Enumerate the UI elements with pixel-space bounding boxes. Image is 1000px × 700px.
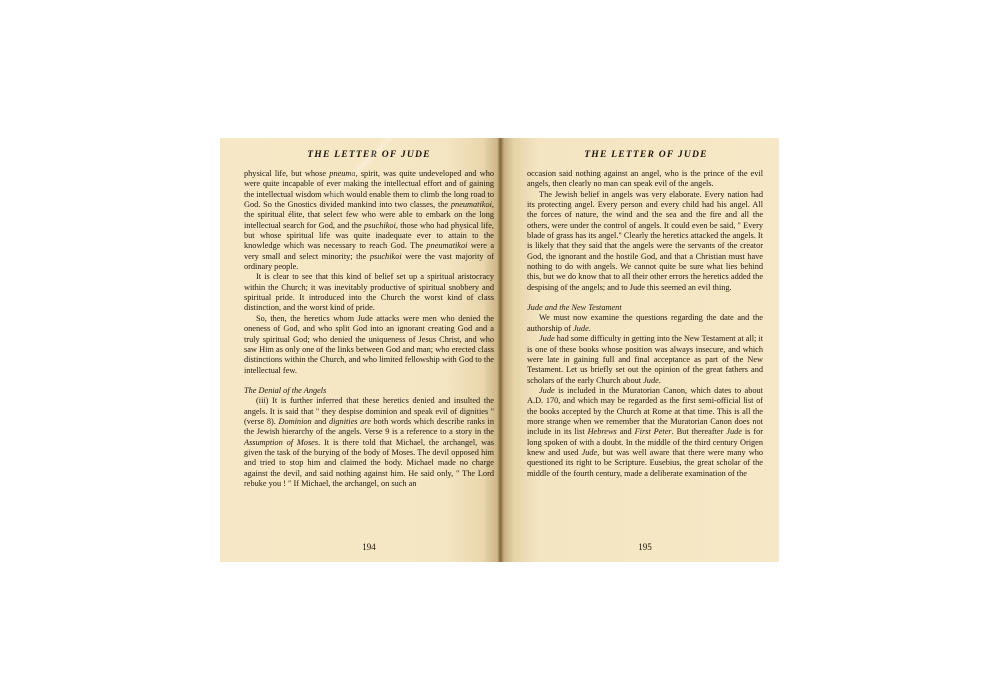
right-page-body: occasion said nothing against an angel, … (527, 169, 763, 479)
page-number: 195 (527, 542, 763, 552)
running-head-left: THE LETTER OF JUDE (244, 149, 494, 163)
paragraph: (iii) It is further inferred that these … (244, 396, 494, 489)
paragraph: Jude is included in the Muratorian Canon… (527, 386, 763, 479)
paragraph: So, then, the heretics whom Jude attacks… (244, 314, 494, 376)
section-heading: The Denial of the Angels (244, 386, 494, 396)
paragraph: Jude had some difficulty in getting into… (527, 334, 763, 386)
paragraph: physical life, but whose pneuma, spirit,… (244, 169, 494, 272)
paragraph: The Jewish belief in angels was very ela… (527, 190, 763, 293)
paragraph: We must now examine the questions regard… (527, 313, 763, 334)
right-page: THE LETTER OF JUDE occasion said nothing… (500, 138, 779, 562)
book-spread: THE LETTER OF JUDE physical life, but wh… (220, 138, 779, 562)
left-page-body: physical life, but whose pneuma, spirit,… (244, 169, 494, 489)
paragraph: It is clear to see that this kind of bel… (244, 272, 494, 313)
left-page: THE LETTER OF JUDE physical life, but wh… (220, 138, 500, 562)
running-head-right: THE LETTER OF JUDE (527, 149, 765, 163)
page-number: 194 (244, 542, 494, 552)
paragraph: occasion said nothing against an angel, … (527, 169, 763, 190)
section-heading: Jude and the New Testament (527, 303, 763, 313)
